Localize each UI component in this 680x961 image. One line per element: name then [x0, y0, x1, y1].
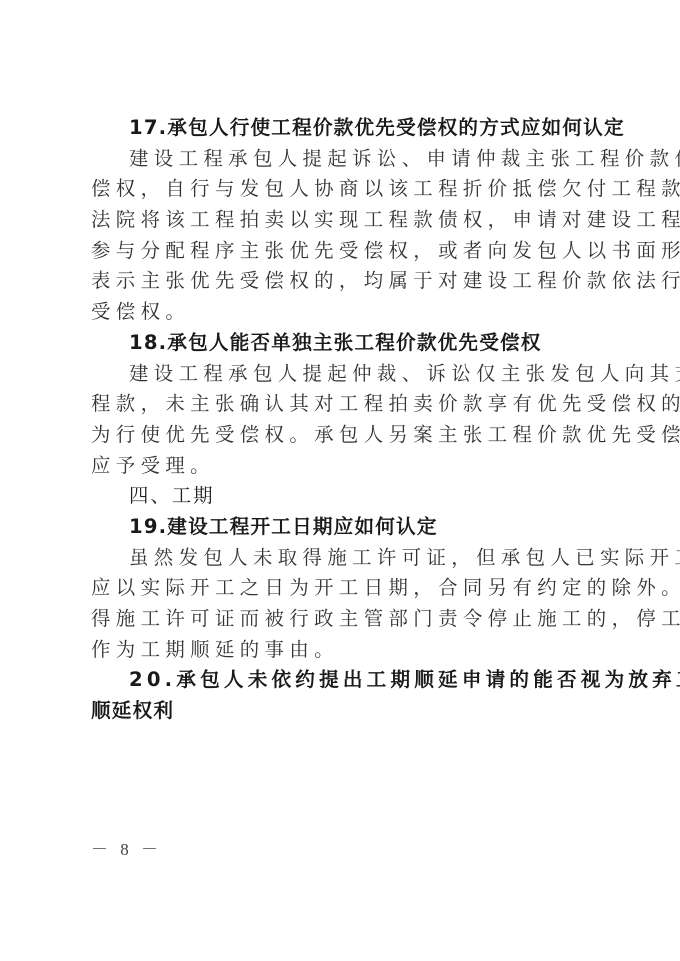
- paragraph-line: 偿权，自行与发包人协商以该工程折价抵偿欠付工程款，申请: [91, 174, 590, 205]
- paragraph-line: 受偿权。: [91, 297, 590, 328]
- paragraph-line: 程款，未主张确认其对工程拍卖价款享有优先受偿权的，不视: [91, 389, 590, 420]
- paragraph-line: 应以实际开工之日为开工日期，合同另有约定的除外。因未取: [91, 573, 590, 604]
- paragraph-line: 表示主张优先受偿权的，均属于对建设工程价款依法行使优先: [91, 266, 590, 297]
- document-page: 17.承包人行使工程价款优先受偿权的方式应如何认定 建设工程承包人提起诉讼、申请…: [91, 113, 590, 727]
- paragraph-line: 建设工程承包人提起诉讼、申请仲裁主张工程价款优先受: [91, 144, 590, 175]
- paragraph-19: 虽然发包人未取得施工许可证，但承包人已实际开工的， 应以实际开工之日为开工日期，…: [91, 543, 590, 666]
- paragraph-17: 建设工程承包人提起诉讼、申请仲裁主张工程价款优先受 偿权，自行与发包人协商以该工…: [91, 144, 590, 328]
- paragraph-line: 法院将该工程拍卖以实现工程款债权，申请对建设工程拍卖款: [91, 205, 590, 236]
- paragraph-line: 应予受理。: [91, 451, 590, 482]
- paragraph-line: 参与分配程序主张优先受偿权，或者向发包人以书面形式明确: [91, 236, 590, 267]
- paragraph-line: 得施工许可证而被行政主管部门责令停止施工的，停工日期可: [91, 604, 590, 635]
- paragraph-line: 为行使优先受偿权。承包人另案主张工程价款优先受偿权的，: [91, 420, 590, 451]
- paragraph-line: 虽然发包人未取得施工许可证，但承包人已实际开工的，: [91, 543, 590, 574]
- heading-line: 20.承包人未依约提出工期顺延申请的能否视为放弃工期: [91, 665, 590, 696]
- page-number: － 8 －: [91, 835, 162, 860]
- paragraph-line: 建设工程承包人提起仲裁、诉讼仅主张发包人向其支付工: [91, 359, 590, 390]
- paragraph-18: 建设工程承包人提起仲裁、诉讼仅主张发包人向其支付工 程款，未主张确认其对工程拍卖…: [91, 359, 590, 482]
- heading-line: 顺延权利: [91, 696, 590, 727]
- chapter-heading-schedule: 四、工期: [91, 481, 590, 512]
- question-heading-20: 20.承包人未依约提出工期顺延申请的能否视为放弃工期 顺延权利: [91, 665, 590, 726]
- question-heading-18: 18.承包人能否单独主张工程价款优先受偿权: [91, 328, 590, 359]
- question-heading-17: 17.承包人行使工程价款优先受偿权的方式应如何认定: [91, 113, 590, 144]
- paragraph-line: 作为工期顺延的事由。: [91, 635, 590, 666]
- question-heading-19: 19.建设工程开工日期应如何认定: [91, 512, 590, 543]
